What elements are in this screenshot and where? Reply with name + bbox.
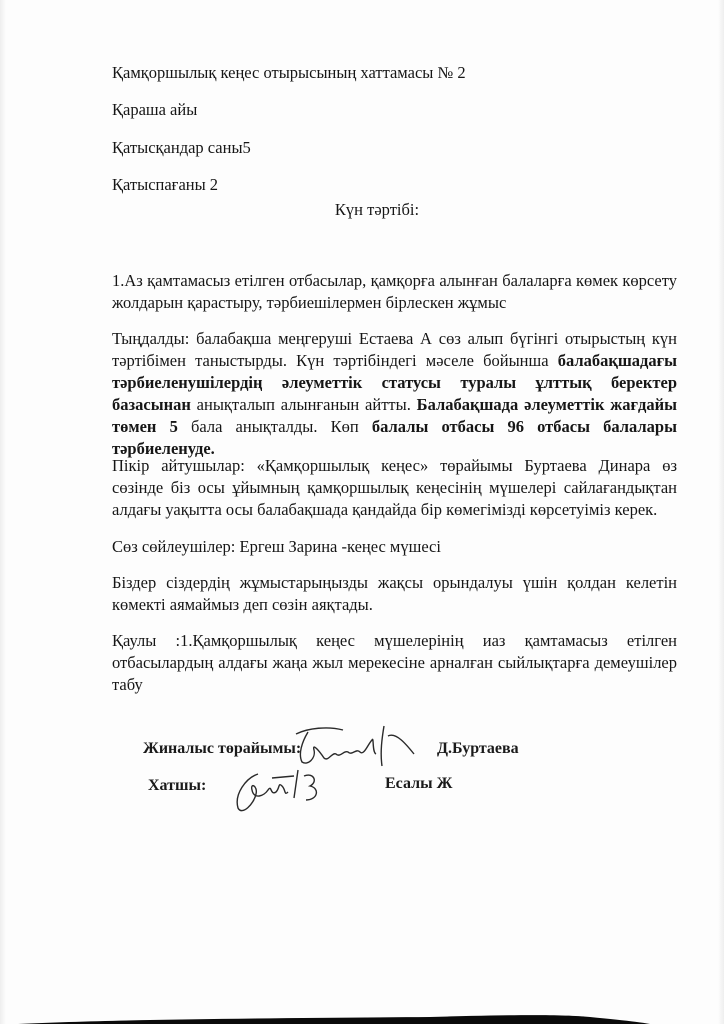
listened-text-5: бала анықталды. Көп xyxy=(178,417,372,436)
left-scan-edge xyxy=(0,0,6,1024)
closing-paragraph: Біздер сіздердің жұмыстарыңызды жақсы ор… xyxy=(112,572,677,616)
right-scan-edge xyxy=(718,0,724,1024)
scan-edge-shadow xyxy=(0,1012,724,1024)
month-line: Қараша айы xyxy=(112,99,197,121)
resolution-paragraph: Қаулы :1.Қамқоршылық кеңес мүшелерінің и… xyxy=(112,630,677,696)
document-title: Қамқоршылық кеңес отырысының хаттамасы №… xyxy=(112,62,466,84)
agenda-title: Күн тәртібі: xyxy=(0,200,724,220)
agenda-item: 1.Аз қамтамасыз етілген отбасылар, қамқо… xyxy=(112,270,677,314)
document-page: Қамқоршылық кеңес отырысының хаттамасы №… xyxy=(0,0,724,1024)
chair-name: Д.Буртаева xyxy=(437,740,519,758)
attendees-count-line: Қатысқандар саны5 xyxy=(112,137,251,159)
absent-count-line: Қатыспағаны 2 xyxy=(112,174,218,196)
speakers-line: Сөз сөйлеушілер: Ергеш Зарина -кеңес мүш… xyxy=(112,536,677,558)
secretary-name: Есалы Ж xyxy=(385,775,452,793)
listened-text-3: анықталып алынғанын айтты. xyxy=(191,395,417,414)
opinion-paragraph: Пікір айтушылар: «Қамқоршылық кеңес» төр… xyxy=(112,455,677,521)
listened-paragraph: Тыңдалды: балабақша меңгеруші Естаева А … xyxy=(112,328,677,460)
secretary-signature-icon xyxy=(228,760,338,820)
secretary-label: Хатшы: xyxy=(148,777,206,795)
chair-label: Жиналыс төрайымы: xyxy=(143,740,301,758)
